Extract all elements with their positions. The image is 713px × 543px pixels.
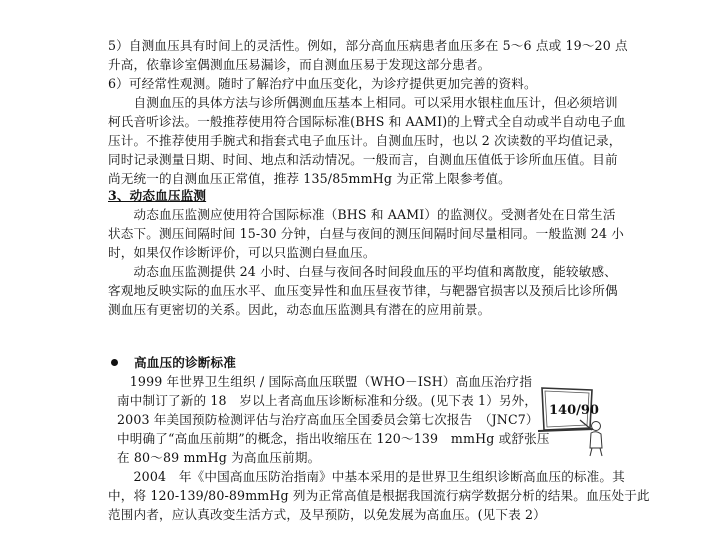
paragraph-line: 柯氏音听诊法。一般推荐使用符合国际标准(BHS 和 AAMI)的上臂式全自动或半…: [108, 112, 605, 131]
paragraph-line: 动态血压监测提供 24 小时、白昼与夜间各时间段血压的平均值和离散度，能较敏感、: [108, 262, 605, 281]
paragraph-line: 南中制订了新的 18 岁以上者高血压诊断标准和分级。(见下表 1）另外，: [117, 391, 517, 410]
paragraph-line: 测血压有更密切的关系。因此，动态血压监测具有潜在的应用前景。: [108, 300, 490, 319]
paragraph-line: 状态下。测压间隔时间 15-30 分钟，白昼与夜间的测压间隔时间尽量相同。一般监…: [108, 224, 605, 243]
bullet-icon: [111, 359, 118, 366]
paragraph-line: 自测血压的具体方法与诊所偶测血压基本上相同。可以采用水银柱血压计，但必须培训: [108, 93, 605, 112]
paragraph-line: 范围内者，应认真改变生活方式，及早预防，以免发展为高血压。(见下表 2）: [108, 505, 546, 524]
paragraph-line: 中，将 120-139/80-89mmHg 列为正常高值是根据我国流行病学数据分…: [108, 486, 605, 505]
paragraph-line: 中明确了“高血压前期”的概念，指出收缩压在 120～139 mmHg 或舒张压: [117, 429, 517, 448]
paragraph-line: 客观地反映实际的血压水平、血压变异性和血压昼夜节律，与靶器官损害以及预后比诊所偶: [108, 281, 605, 300]
section-heading: 3、动态血压监测: [108, 186, 206, 205]
svg-text:140/90: 140/90: [549, 403, 599, 418]
paragraph-line: 2003 年美国预防检测评估与治疗高血压全国委员会第七次报告 （JNC7）: [117, 410, 517, 429]
paragraph-line: 6）可经常性观测。随时了解治疗中血压变化，为诊疗提供更加完善的资料。: [108, 74, 537, 93]
paragraph-line: 时，如果仅作诊断评价，可以只监测白昼血压。: [108, 243, 376, 262]
paragraph-line: 动态血压监测应使用符合国际标准（BHS 和 AAMI）的监测仪。受测者处在日常生…: [108, 205, 605, 224]
paragraph-line: 1999 年世界卫生组织 / 国际高血压联盟（WHO－ISH）高血压治疗指: [117, 372, 517, 391]
section-heading: 高血压的诊断标准: [134, 353, 236, 372]
paragraph-line: 压计。不推荐使用手腕式和指套式电子血压计。自测血压时，也以 2 次读数的平均值记…: [108, 131, 605, 150]
doctor-pointing-at-board-icon: 140/90: [530, 378, 610, 458]
paragraph-line: 升高，依靠诊室偶测血压易漏诊，而自测血压易于发现这部分患者。: [108, 55, 490, 74]
paragraph-line: 2004 年《中国高血压防治指南》中基本采用的是世界卫生组织诊断高血压的标准。其: [108, 467, 605, 486]
paragraph-line: 在 80～89 mmHg 为高血压前期。: [117, 448, 320, 467]
document-page: 5）自测血压具有时间上的灵活性。例如，部分高血压病患者血压多在 5～6 点或 1…: [0, 0, 713, 543]
paragraph-line: 同时记录测量日期、时间、地点和活动情况。一般而言，自测血压值低于诊所血压值。目前: [108, 150, 605, 169]
paragraph-line: 5）自测血压具有时间上的灵活性。例如，部分高血压病患者血压多在 5～6 点或 1…: [108, 36, 605, 55]
